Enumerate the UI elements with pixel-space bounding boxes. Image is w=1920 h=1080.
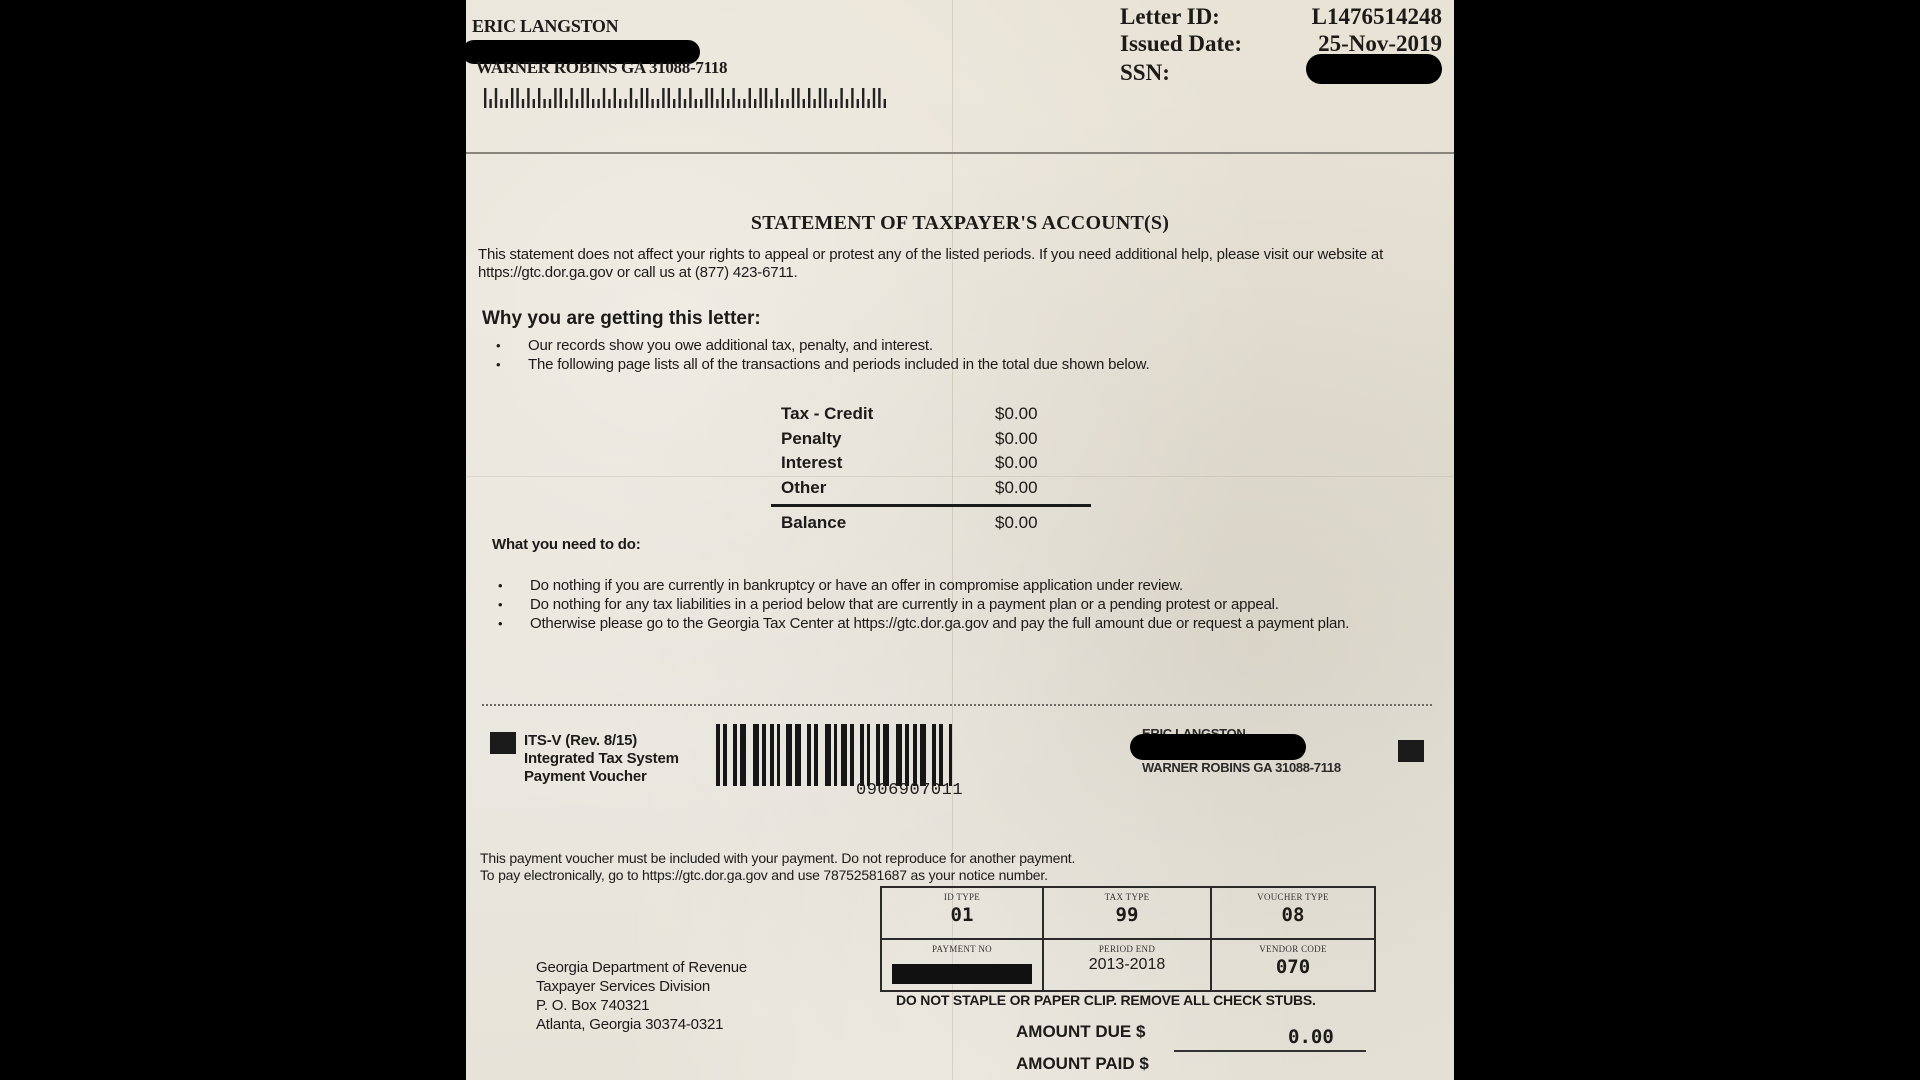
voucher-form-id: ITS-V (Rev. 8/15) Integrated Tax System …	[524, 732, 679, 786]
issued-date-label: Issued Date:	[1120, 31, 1242, 57]
remit-to-address: Georgia Department of Revenue Taxpayer S…	[536, 958, 747, 1034]
voucher-note-1: This payment voucher must be included wi…	[480, 850, 1240, 867]
summary-total-rule	[771, 504, 1091, 507]
vendor-code-cell: VENDOR CODE 070	[1212, 940, 1374, 990]
todo-item: Do nothing if you are currently in bankr…	[484, 576, 1424, 595]
summary-row-balance: Balance $0.00	[771, 513, 1091, 538]
amount-due-underline	[1174, 1050, 1366, 1052]
summary-value: $0.00	[995, 453, 1038, 473]
period-end-cell: PERIOD END 2013-2018	[1044, 940, 1212, 990]
recipient-city: WARNER ROBINS GA 31088-7118	[476, 58, 727, 78]
letter-id-label: Letter ID:	[1120, 4, 1220, 30]
redacted-ssn	[1306, 54, 1442, 84]
todo-list: Do nothing if you are currently in bankr…	[484, 576, 1424, 633]
balance-label: Balance	[781, 513, 846, 533]
alignment-mark-left	[490, 732, 516, 754]
voucher-form-name-2: Payment Voucher	[524, 768, 679, 786]
redacted-voucher-address	[1130, 734, 1306, 760]
letter-id-value: L1476514248	[1312, 4, 1442, 30]
balance-summary-table: Tax - Credit $0.00 Penalty $0.00 Interes…	[771, 404, 1091, 538]
alignment-mark-right	[1398, 740, 1424, 762]
tax-type-label: TAX TYPE	[1044, 892, 1210, 902]
why-heading: Why you are getting this letter:	[482, 308, 761, 330]
payment-no-label: PAYMENT NO	[882, 944, 1042, 954]
todo-item: Otherwise please go to the Georgia Tax C…	[484, 614, 1424, 633]
voucher-instructions: This payment voucher must be included wi…	[480, 850, 1240, 884]
remit-line: Taxpayer Services Division	[536, 977, 747, 996]
balance-value: $0.00	[995, 513, 1038, 533]
summary-row-interest: Interest $0.00	[771, 453, 1091, 478]
tax-letter-page: ERIC LANGSTON WARNER ROBINS GA 31088-711…	[466, 0, 1454, 1080]
voucher-form-name-1: Integrated Tax System	[524, 750, 679, 768]
header-divider	[466, 152, 1454, 154]
intro-paragraph: This statement does not affect your righ…	[478, 246, 1438, 282]
statement-title: STATEMENT OF TAXPAYER'S ACCOUNT(S)	[466, 212, 1454, 235]
summary-label: Tax - Credit	[781, 404, 873, 424]
amount-due-value: 0.00	[1288, 1026, 1334, 1048]
voucher-type-cell: VOUCHER TYPE 08	[1212, 888, 1374, 940]
amount-paid-label: AMOUNT PAID $	[1016, 1054, 1149, 1074]
postal-barcode	[482, 87, 892, 109]
remit-line: Atlanta, Georgia 30374-0321	[536, 1015, 747, 1034]
id-type-label: ID TYPE	[882, 892, 1042, 902]
summary-label: Other	[781, 478, 826, 498]
voucher-form-code: ITS-V (Rev. 8/15)	[524, 732, 679, 750]
todo-heading: What you need to do:	[492, 536, 640, 553]
amount-due-label: AMOUNT DUE $	[1016, 1022, 1145, 1042]
period-end-value: 2013-2018	[1044, 956, 1210, 974]
redacted-payment-no	[892, 964, 1032, 984]
id-type-cell: ID TYPE 01	[882, 888, 1044, 940]
ssn-label: SSN:	[1120, 60, 1170, 86]
todo-item: Do nothing for any tax liabilities in a …	[484, 595, 1424, 614]
why-list: Our records show you owe additional tax,…	[482, 336, 1382, 374]
recipient-name: ERIC LANGSTON	[472, 16, 618, 37]
summary-row-tax-credit: Tax - Credit $0.00	[771, 404, 1091, 429]
barcode-number: 0906907011	[856, 781, 963, 800]
period-end-label: PERIOD END	[1044, 944, 1210, 954]
summary-value: $0.00	[995, 429, 1038, 449]
tax-type-cell: TAX TYPE 99	[1044, 888, 1212, 940]
why-item: The following page lists all of the tran…	[482, 355, 1382, 374]
vendor-code-value: 070	[1212, 956, 1374, 978]
voucher-note-2: To pay electronically, go to https://gtc…	[480, 867, 1240, 884]
summary-value: $0.00	[995, 478, 1038, 498]
vendor-code-label: VENDOR CODE	[1212, 944, 1374, 954]
summary-label: Penalty	[781, 429, 841, 449]
id-type-value: 01	[882, 904, 1042, 926]
no-staple-notice: DO NOT STAPLE OR PAPER CLIP. REMOVE ALL …	[896, 992, 1316, 1008]
voucher-type-value: 08	[1212, 904, 1374, 926]
why-item: Our records show you owe additional tax,…	[482, 336, 1382, 355]
payment-no-cell: PAYMENT NO	[882, 940, 1044, 990]
remit-line: P. O. Box 740321	[536, 996, 747, 1015]
remit-line: Georgia Department of Revenue	[536, 958, 747, 977]
voucher-recipient-city: WARNER ROBINS GA 31088-7118	[1142, 760, 1341, 775]
summary-row-other: Other $0.00	[771, 478, 1091, 503]
summary-value: $0.00	[995, 404, 1038, 424]
tax-type-value: 99	[1044, 904, 1210, 926]
summary-row-penalty: Penalty $0.00	[771, 429, 1091, 454]
perforation-line	[482, 704, 1432, 706]
voucher-field-grid: ID TYPE 01 TAX TYPE 99 VOUCHER TYPE 08 P…	[880, 886, 1376, 992]
voucher-type-label: VOUCHER TYPE	[1212, 892, 1374, 902]
summary-label: Interest	[781, 453, 842, 473]
